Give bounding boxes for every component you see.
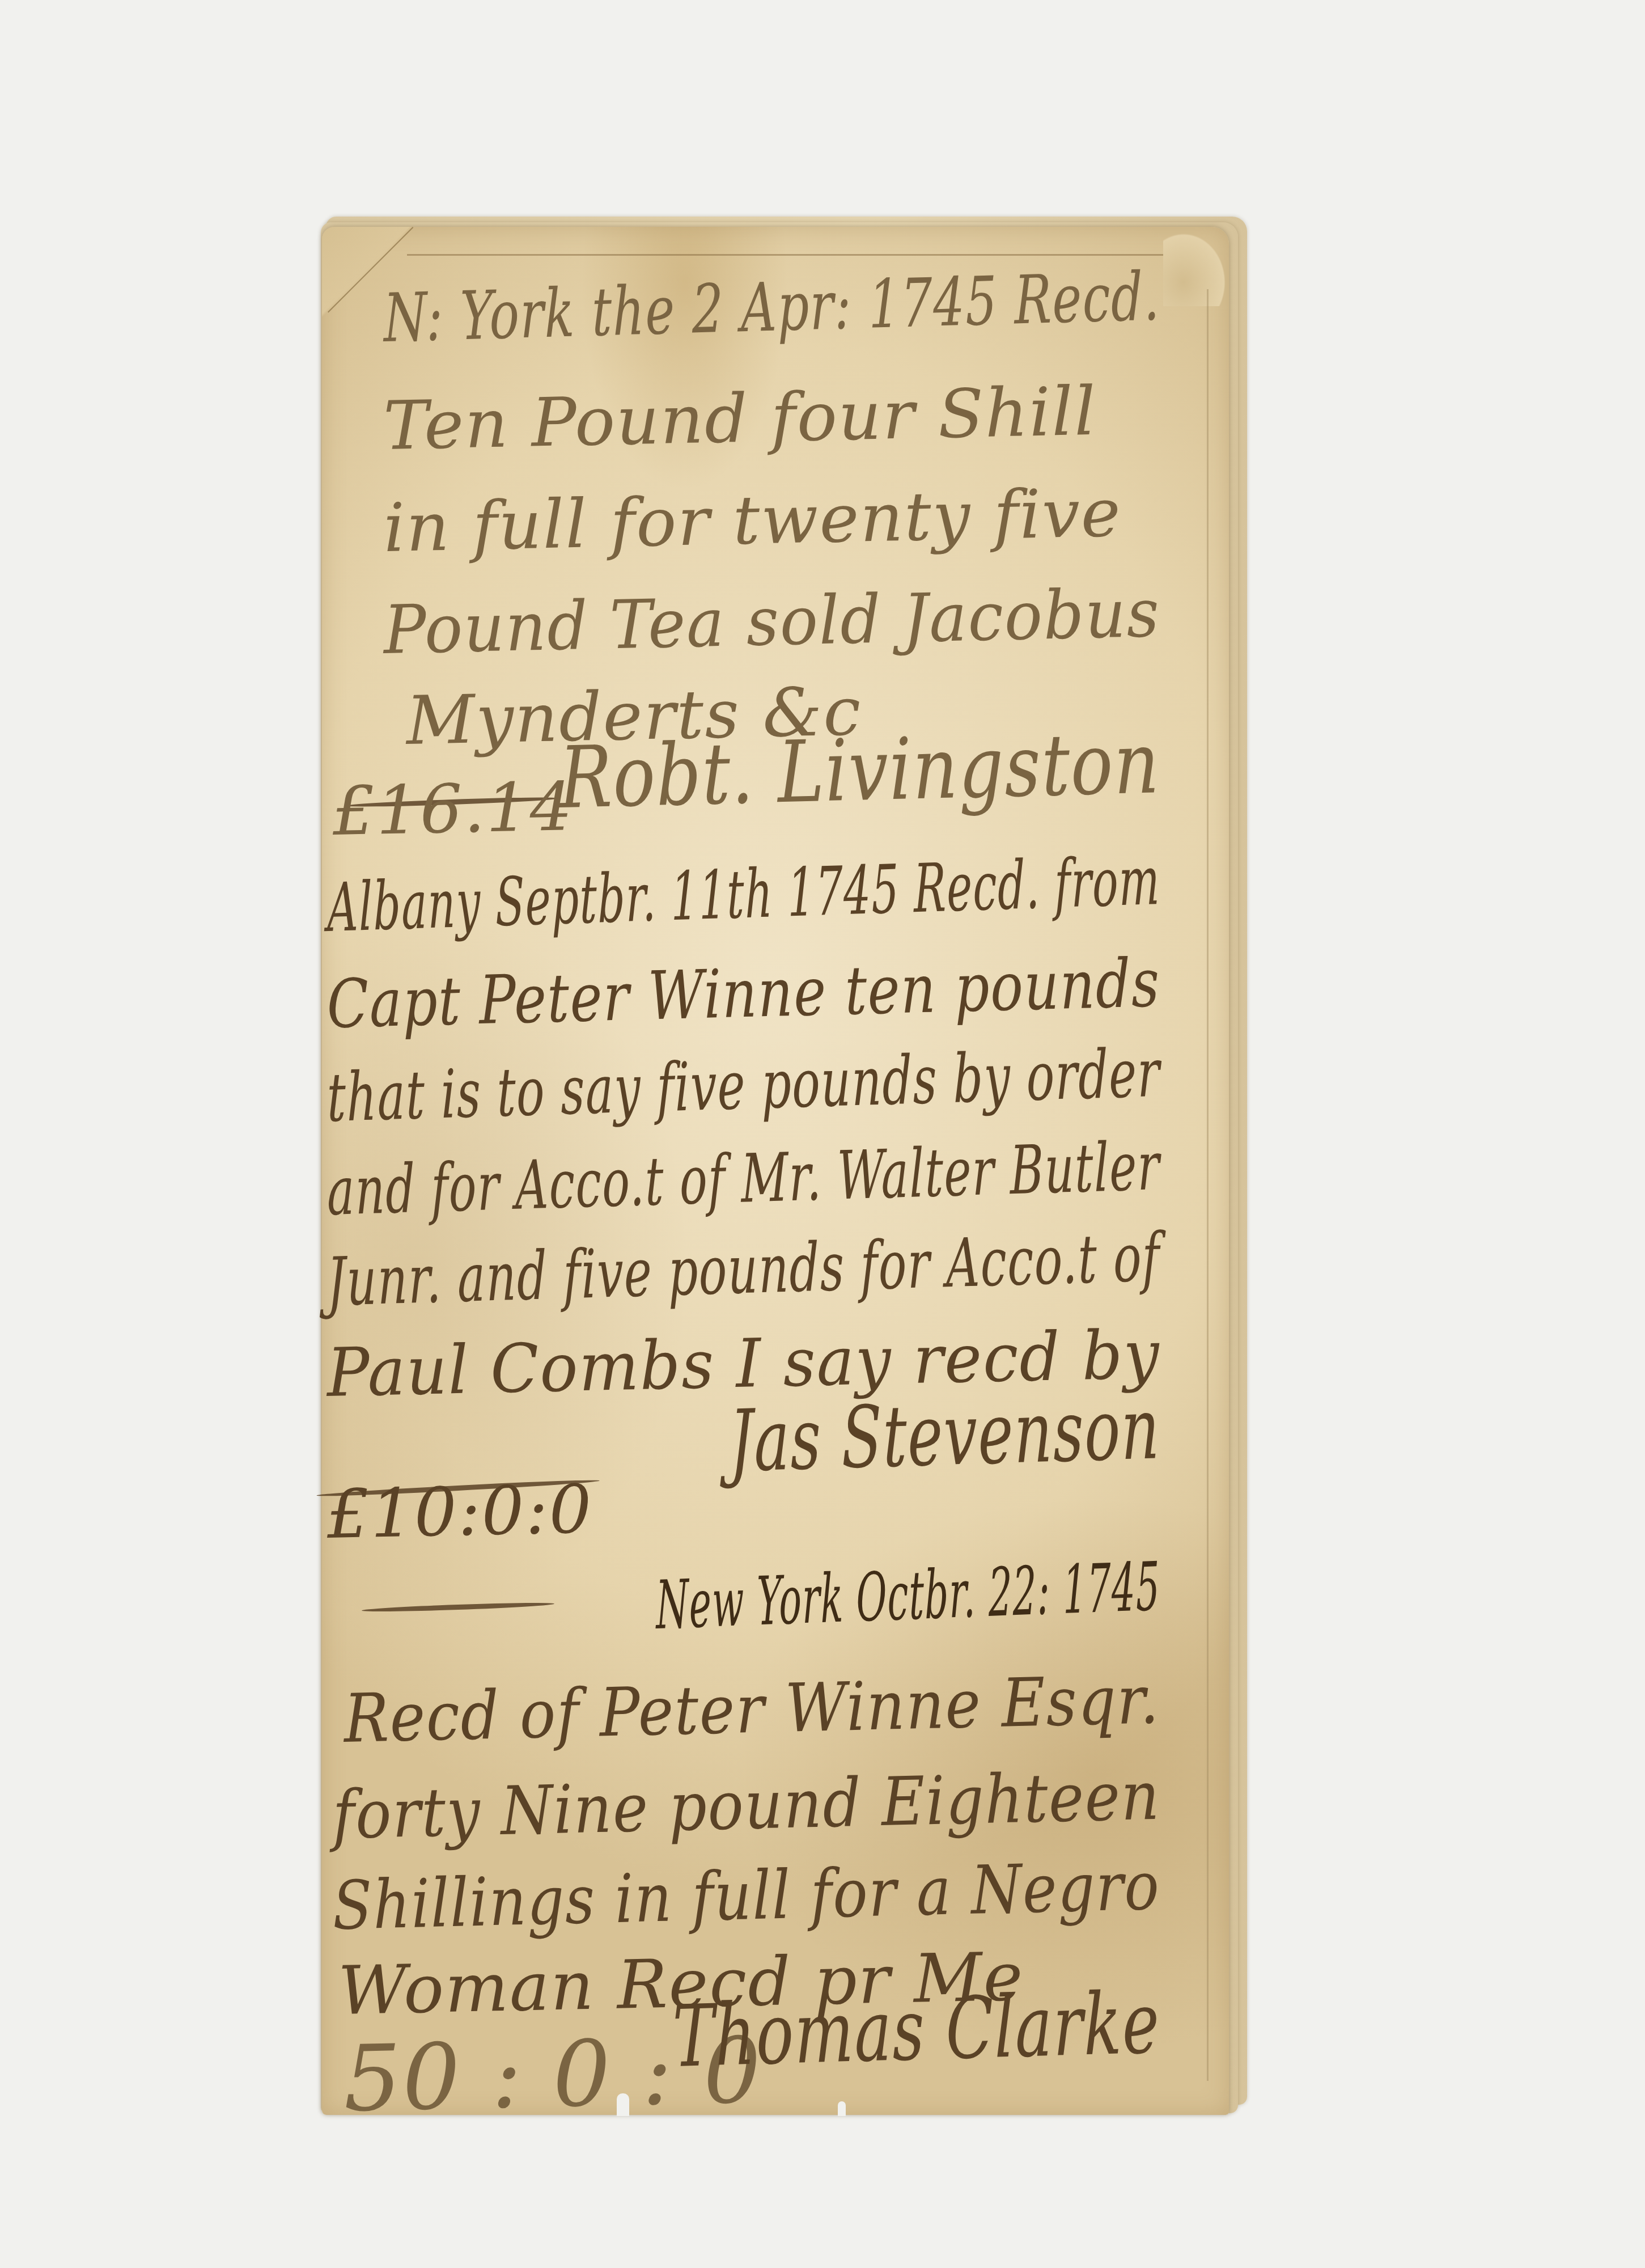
receipt-3-signature: Thomas Clarke	[672, 1974, 1160, 2087]
receipt-2-line: Junr. and five pounds for Acco.t of	[327, 1218, 1161, 1321]
page-edge	[1207, 289, 1209, 2081]
torn-notch	[838, 2101, 846, 2116]
underline	[362, 1601, 554, 1613]
receipt-1-line: N: York the 2 Apr: 1745 Recd.	[383, 257, 1161, 357]
receipt-2-line: and for Acco.t of Mr. Walter Butler	[327, 1127, 1160, 1230]
receipt-1-line: Ten Pound four Shill	[383, 372, 1097, 465]
receipt-1-line: in full for twenty five	[383, 473, 1122, 567]
receipt-1-line: Pound Tea sold Jacobus	[383, 574, 1161, 669]
receipt-1-signature: Robt. Livingston	[558, 714, 1161, 828]
receipt-1-amount: £16.14	[332, 767, 574, 850]
receipt-2-line: that is to say five pounds by order	[327, 1034, 1161, 1137]
manuscript-page: N: York the 2 Apr: 1745 Recd. Ten Pound …	[322, 227, 1229, 2115]
page-edge	[407, 254, 1206, 256]
receipt-2-line: Capt Peter Winne ten pounds	[327, 943, 1161, 1043]
receipt-3-heading: New York Octbr. 22: 1745	[655, 1547, 1160, 1644]
receipt-3-line: Recd of Peter Winne Esqr.	[343, 1660, 1160, 1758]
curled-corner	[1163, 227, 1231, 306]
receipt-2-line: Albany Septbr. 11th 1745 Recd. from	[327, 841, 1160, 947]
receipt-2-signature: Jas Stevenson	[728, 1380, 1160, 1491]
receipt-2-amount: £10:0:0	[326, 1470, 593, 1554]
receipt-3-line: forty Nine pound Eighteen	[332, 1757, 1160, 1854]
receipt-3-line: Shillings in full for a Negro	[332, 1847, 1161, 1945]
